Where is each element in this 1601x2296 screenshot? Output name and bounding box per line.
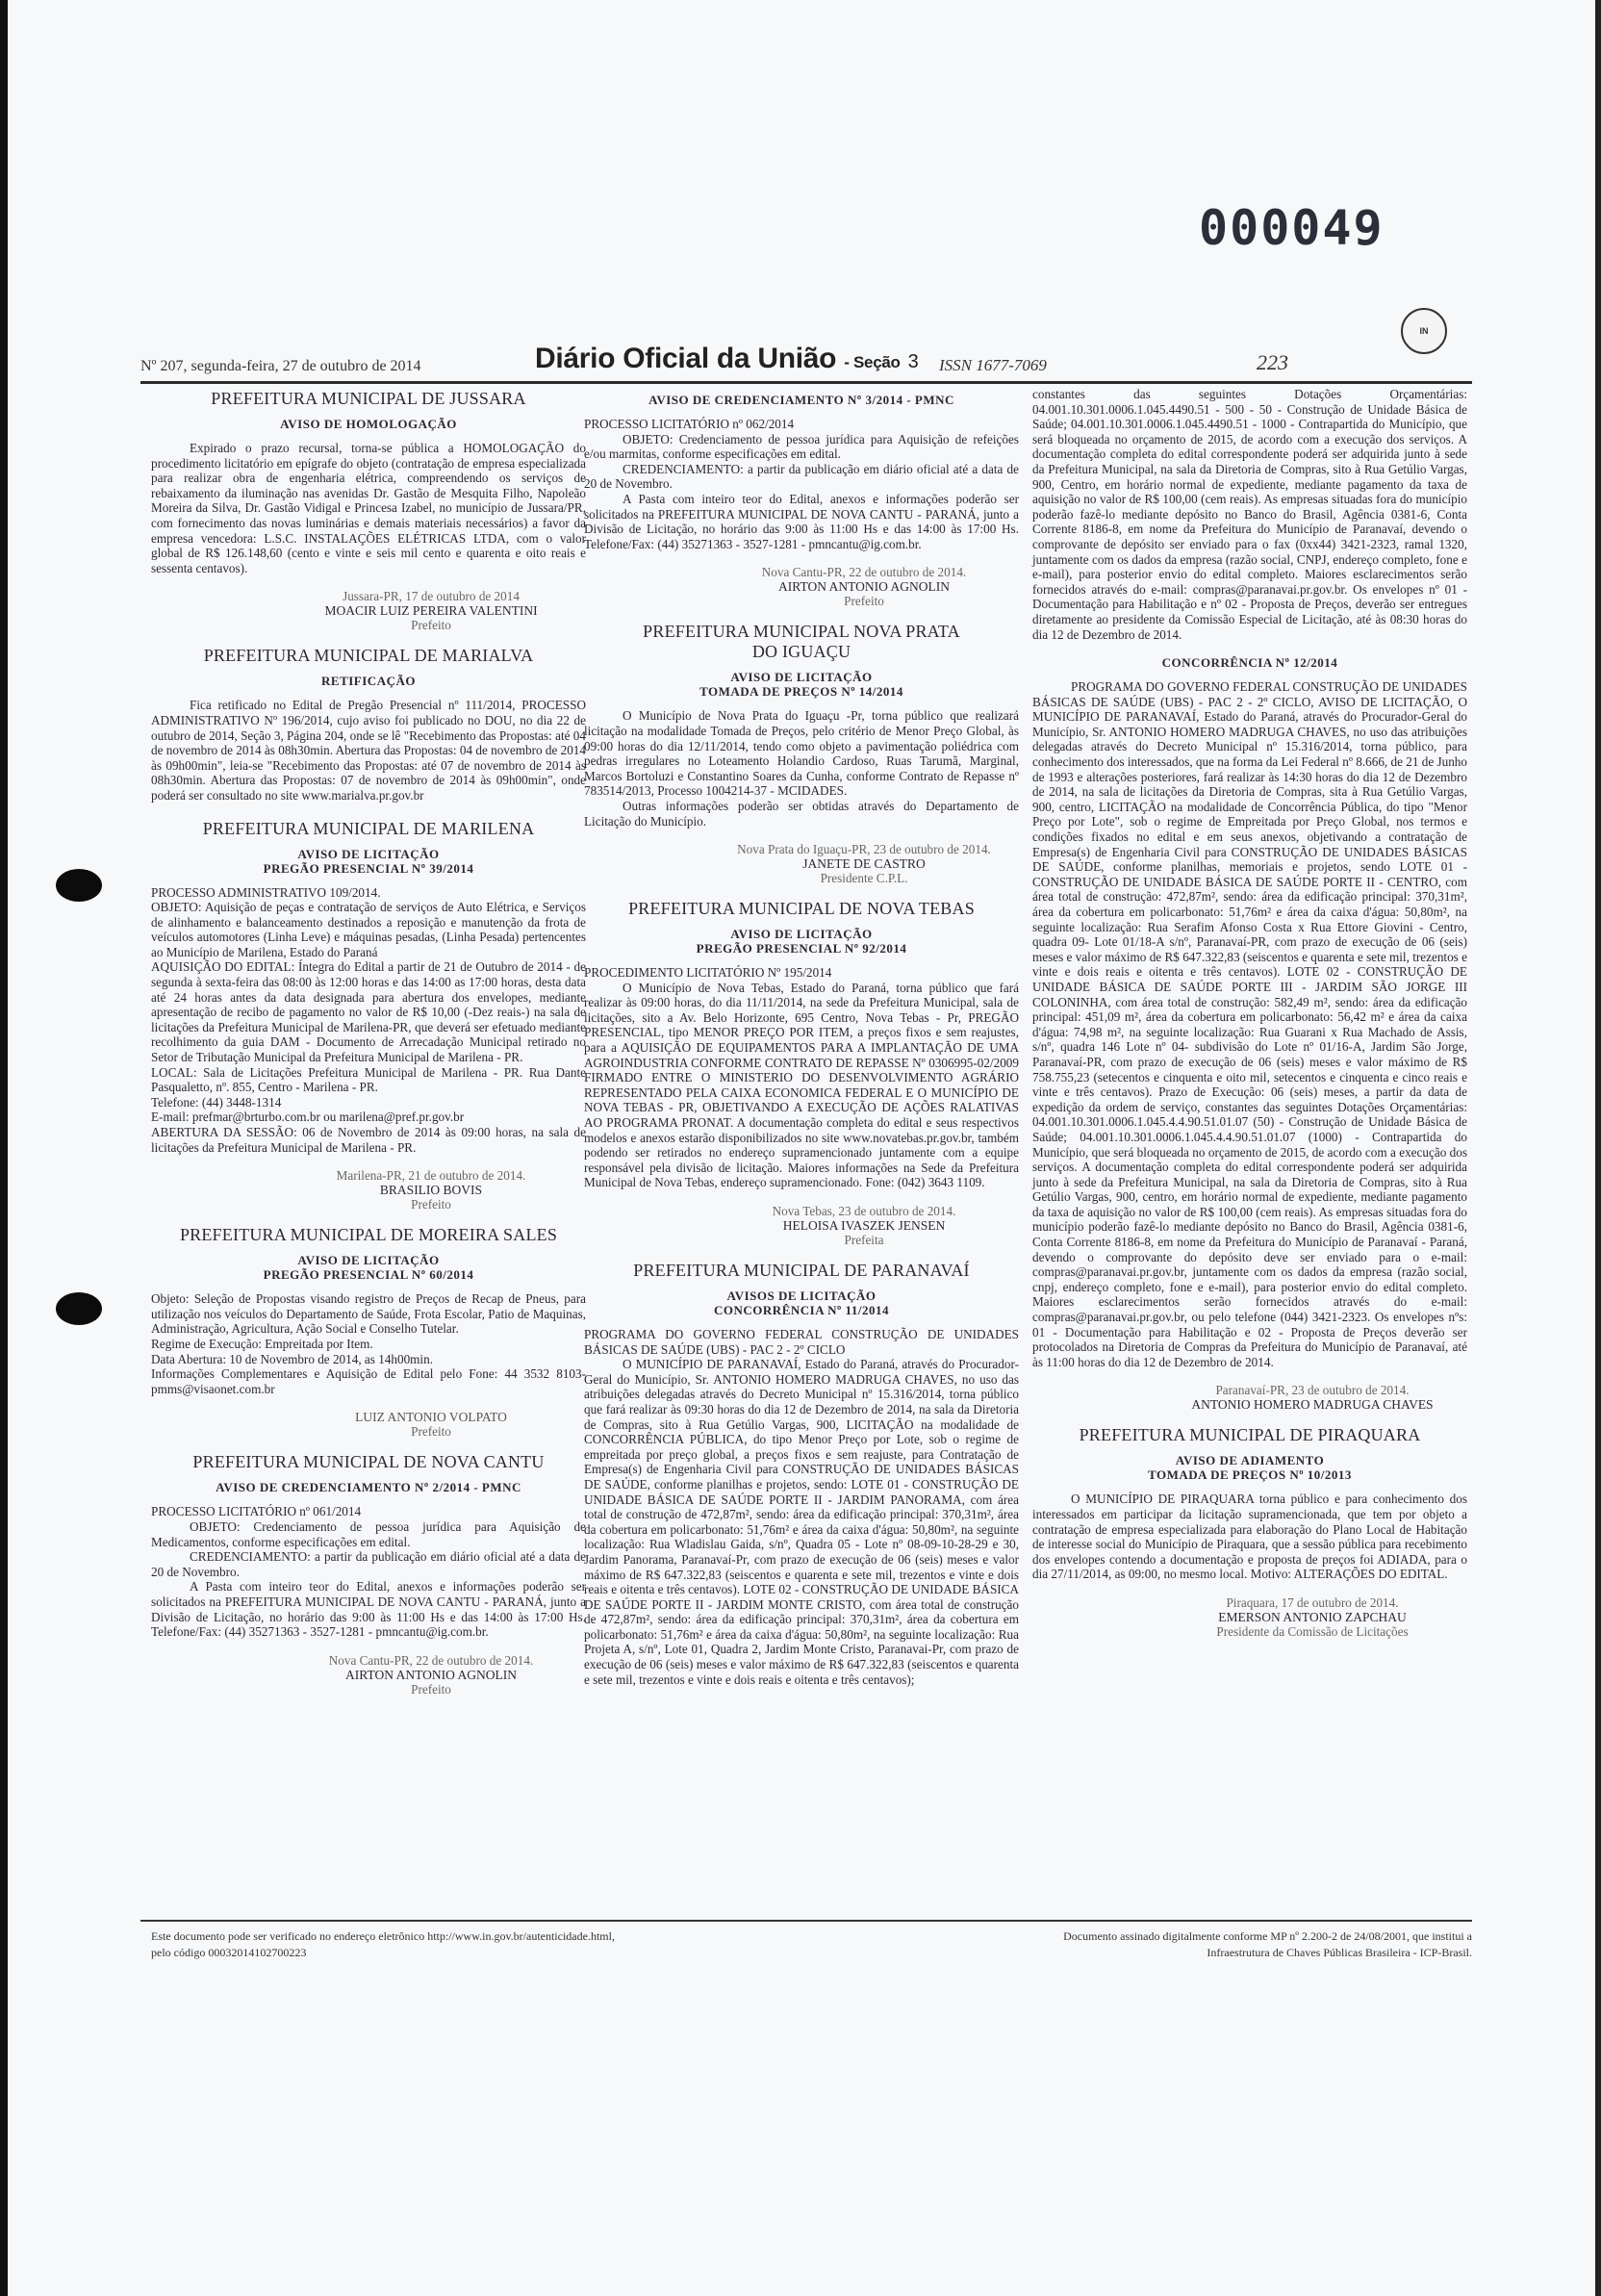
signature-block: Piraquara, 17 de outubro de 2014. EMERSO… <box>1157 1595 1467 1639</box>
notice-type: AVISO DE LICITAÇÃO <box>584 670 1019 684</box>
notice-body: Outras informações poderão ser obtidas a… <box>584 799 1019 829</box>
column-2: AVISO DE CREDENCIAMENTO Nº 3/2014 - PMNC… <box>584 387 1019 1687</box>
org-heading: PREFEITURA MUNICIPAL NOVA PRATA DO IGUAÇ… <box>584 622 1019 662</box>
notice-line: CREDENCIAMENTO: a partir da publicação e… <box>584 462 1019 492</box>
org-heading: PREFEITURA MUNICIPAL DE NOVA CANTU <box>151 1452 586 1472</box>
notice-line: Data Abertura: 10 de Novembro de 2014, a… <box>151 1352 586 1367</box>
notice-line: LOCAL: Sala de Licitações Prefeitura Mun… <box>151 1065 586 1095</box>
notice-type: AVISO DE LICITAÇÃO <box>151 847 586 861</box>
org-heading: PREFEITURA MUNICIPAL DE PARANAVAÍ <box>584 1261 1019 1281</box>
page-number: 223 <box>1257 350 1314 375</box>
notice-type: RETIFICAÇÃO <box>151 674 586 688</box>
notice-type: AVISO DE HOMOLOGAÇÃO <box>151 417 586 431</box>
notice-body: PROGRAMA DO GOVERNO FEDERAL CONSTRUÇÃO D… <box>1032 679 1467 1369</box>
digital-signature-note: Documento assinado digitalmente conforme… <box>904 1928 1472 1961</box>
notice-line: CREDENCIAMENTO: a partir da publicação e… <box>151 1549 586 1579</box>
org-heading: PREFEITURA MUNICIPAL DE JUSSARA <box>151 389 586 409</box>
org-heading: PREFEITURA MUNICIPAL DE MOREIRA SALES <box>151 1225 586 1245</box>
notice-line: OBJETO: Aquisição de peças e contratação… <box>151 900 586 959</box>
column-1: PREFEITURA MUNICIPAL DE JUSSARA AVISO DE… <box>151 387 586 1710</box>
verification-note: Este documento pode ser verificado no en… <box>151 1928 767 1961</box>
org-heading: PREFEITURA MUNICIPAL DE PIRAQUARA <box>1032 1425 1467 1445</box>
notice-line: Objeto: Seleção de Propostas visando reg… <box>151 1291 586 1337</box>
notice-line: E-mail: prefmar@brturbo.com.br ou marile… <box>151 1110 586 1125</box>
notice-type: AVISO DE CREDENCIAMENTO Nº 2/2014 - PMNC <box>151 1480 586 1494</box>
scan-edge-left <box>0 0 8 2296</box>
column-3: constantes das seguintes Dotações Orçame… <box>1032 387 1467 1652</box>
signature-block: Nova Prata do Iguaçu-PR, 23 de outubro d… <box>709 842 1019 885</box>
notice-number: PREGÃO PRESENCIAL Nº 60/2014 <box>151 1267 586 1282</box>
signature-block: Nova Cantu-PR, 22 de outubro de 2014. AI… <box>709 565 1019 608</box>
notice-type: AVISO DE ADIAMENTO <box>1032 1453 1467 1467</box>
org-heading: PREFEITURA MUNICIPAL DE MARILENA <box>151 819 586 839</box>
process-number: PROCESSO LICITATÓRIO nº 061/2014 <box>151 1504 586 1519</box>
notice-body-continued: constantes das seguintes Dotações Orçame… <box>1032 387 1467 642</box>
notice-line: Telefone: (44) 3448-1314 <box>151 1095 586 1110</box>
notice-type: AVISO DE LICITAÇÃO <box>584 927 1019 941</box>
footer-rule <box>140 1920 1472 1922</box>
signature-block: Paranavaí-PR, 23 de outubro de 2014. ANT… <box>1157 1383 1467 1412</box>
issue-info: Nº 207, segunda-feira, 27 de outubro de … <box>140 358 535 375</box>
notice-number: PREGÃO PRESENCIAL Nº 92/2014 <box>584 941 1019 956</box>
page-stamp-number: 000049 <box>1199 200 1385 256</box>
notice-line: Informações Complementares e Aquisição d… <box>151 1366 586 1396</box>
signature-block: Nova Tebas, 23 de outubro de 2014. HELOI… <box>709 1204 1019 1247</box>
program-title: PROGRAMA DO GOVERNO FEDERAL CONSTRUÇÃO D… <box>584 1327 1019 1357</box>
process-number: PROCESSO LICITATÓRIO nº 062/2014 <box>584 417 1019 432</box>
header-rule <box>140 381 1472 384</box>
notice-line: Regime de Execução: Empreitada por Item. <box>151 1337 586 1352</box>
notice-body: O Município de Nova Prata do Iguaçu -Pr,… <box>584 708 1019 799</box>
notice-line: ABERTURA DA SESSÃO: 06 de Novembro de 20… <box>151 1125 586 1155</box>
issn: ISSN 1677-7069 <box>939 356 1257 375</box>
notice-body: O MUNICÍPIO DE PARANAVAÍ, Estado do Para… <box>584 1357 1019 1687</box>
notice-number: TOMADA DE PREÇOS Nº 10/2013 <box>1032 1467 1467 1482</box>
notice-type: AVISO DE LICITAÇÃO <box>151 1253 586 1267</box>
notice-line: OBJETO: Credenciamento de pessoa jurídic… <box>151 1519 586 1549</box>
org-heading: PREFEITURA MUNICIPAL DE NOVA TEBAS <box>584 899 1019 919</box>
scan-edge-right <box>1595 0 1601 2296</box>
notice-type: AVISO DE CREDENCIAMENTO Nº 3/2014 - PMNC <box>584 393 1019 407</box>
notice-body: Fica retificado no Edital de Pregão Pres… <box>151 698 586 803</box>
notice-type: AVISOS DE LICITAÇÃO <box>584 1288 1019 1303</box>
notice-line: A Pasta com inteiro teor do Edital, anex… <box>584 492 1019 551</box>
punch-hole-icon <box>56 869 102 902</box>
process-number: PROCEDIMENTO LICITATÓRIO Nº 195/2014 <box>584 965 1019 981</box>
signature-block: Marilena-PR, 21 de outubro de 2014. BRAS… <box>276 1168 586 1212</box>
imprensa-nacional-seal-icon: IN <box>1401 308 1447 354</box>
gazette-title: Diário Oficial da União - Seção 3 <box>535 343 939 375</box>
notice-body: O MUNICÍPIO DE PIRAQUARA torna público e… <box>1032 1492 1467 1582</box>
signature-block: Nova Cantu-PR, 22 de outubro de 2014. AI… <box>276 1653 586 1696</box>
org-heading: PREFEITURA MUNICIPAL DE MARIALVA <box>151 646 586 666</box>
punch-hole-icon <box>56 1292 102 1325</box>
notice-line: PROCESSO ADMINISTRATIVO 109/2014. <box>151 885 586 901</box>
gazette-header: Nº 207, segunda-feira, 27 de outubro de … <box>140 337 1468 375</box>
notice-number: PREGÃO PRESENCIAL Nº 39/2014 <box>151 861 586 876</box>
notice-number: CONCORRÊNCIA Nº 11/2014 <box>584 1303 1019 1317</box>
notice-number: CONCORRÊNCIA Nº 12/2014 <box>1032 655 1467 670</box>
signature-block: LUIZ ANTONIO VOLPATO Prefeito <box>276 1410 586 1439</box>
signature-block: Jussara-PR, 17 de outubro de 2014 MOACIR… <box>276 589 586 632</box>
notice-line: A Pasta com inteiro teor do Edital, anex… <box>151 1579 586 1639</box>
notice-body: Expirado o prazo recursal, torna-se públ… <box>151 441 586 575</box>
notice-number: TOMADA DE PREÇOS Nº 14/2014 <box>584 684 1019 699</box>
notice-line: OBJETO: Credenciamento de pessoa jurídic… <box>584 432 1019 462</box>
notice-line: AQUISIÇÃO DO EDITAL: Íntegra do Edital a… <box>151 959 586 1064</box>
notice-body: O Município de Nova Tebas, Estado do Par… <box>584 981 1019 1190</box>
